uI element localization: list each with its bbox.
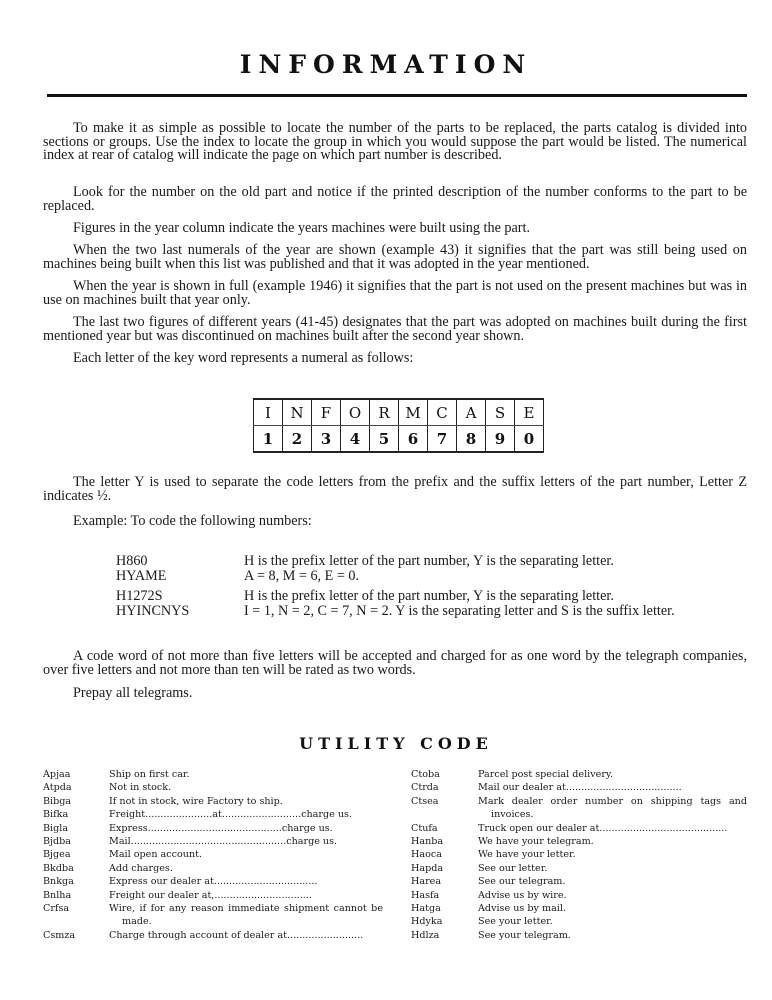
key-letters-row: I N F O R M C A S E (254, 399, 544, 426)
code-meaning: See our telegram. (478, 875, 747, 888)
key-digit: 7 (428, 426, 457, 453)
code-meaning: If not in stock, wire Factory to ship. (109, 795, 383, 808)
code-entry: HaocaWe have your letter. (411, 848, 747, 861)
code-entry: BnlhaFreight our dealer at,.............… (43, 889, 383, 902)
utility-code-right-column: CtobaParcel post special delivery. Ctrda… (411, 768, 747, 942)
code-word: Atpda (43, 781, 109, 794)
example-row: H1272S H is the prefix letter of the par… (116, 589, 675, 604)
code-word: Bigla (43, 822, 109, 835)
code-word: Ctoba (411, 768, 478, 781)
key-letter: C (428, 399, 457, 426)
code-meaning: Mail our dealer at......................… (478, 781, 747, 794)
code-entry: HatgaAdvise us by mail. (411, 902, 747, 915)
example-row: HYINCNYS I = 1, N = 2, C = 7, N = 2. Y i… (116, 604, 675, 619)
code-meaning: Charge through account of dealer at.....… (109, 929, 383, 942)
code-entry: CsmzaCharge through account of dealer at… (43, 929, 383, 942)
code-entry: HanbaWe have your telegram. (411, 835, 747, 848)
utility-code-left-column: ApjaaShip on first car. AtpdaNot in stoc… (43, 768, 383, 942)
code-entry: HdlzaSee your telegram. (411, 929, 747, 942)
code-entry: BjgeaMail open account. (43, 848, 383, 861)
paragraph-old-part: Look for the number on the old part and … (43, 186, 747, 213)
code-meaning: We have your letter. (478, 848, 747, 861)
key-digits-row: 1 2 3 4 5 6 7 8 9 0 (254, 426, 544, 453)
paragraph-text: When the year is shown in full (example … (43, 280, 747, 307)
paragraph-two-numerals: When the two last numerals of the year a… (43, 244, 747, 271)
paragraph-prepay: Prepay all telegrams. (43, 687, 747, 701)
code-word: Hatga (411, 902, 478, 915)
key-digit: 6 (399, 426, 428, 453)
code-meaning: See your telegram. (478, 929, 747, 942)
example-group: H860 H is the prefix letter of the part … (116, 554, 675, 583)
code-meaning: See our letter. (478, 862, 747, 875)
code-word: Hdlza (411, 929, 478, 942)
key-digit: 8 (457, 426, 486, 453)
example-code: H1272S (116, 589, 244, 604)
example-group: H1272S H is the prefix letter of the par… (116, 589, 675, 618)
code-entry: HareaSee our telegram. (411, 875, 747, 888)
code-meaning: Mark dealer order number on shipping tag… (478, 795, 747, 822)
code-meaning: See your letter. (478, 915, 747, 928)
key-digit: 2 (283, 426, 312, 453)
key-letter: O (341, 399, 370, 426)
key-digit: 0 (515, 426, 544, 453)
code-entry: BnkgaExpress our dealer at..............… (43, 875, 383, 888)
code-entry: AtpdaNot in stock. (43, 781, 383, 794)
example-code: HYINCNYS (116, 604, 244, 619)
code-meaning: Freight our dealer at,..................… (109, 889, 383, 902)
key-word-table: I N F O R M C A S E 1 2 3 4 5 6 7 8 9 0 (253, 398, 544, 453)
code-meaning: Mail....................................… (109, 835, 383, 848)
key-digit: 1 (254, 426, 283, 453)
code-meaning: Freight......................at.........… (109, 808, 383, 821)
paragraph-text: Figures in the year column indicate the … (43, 222, 747, 236)
code-word: Apjaa (43, 768, 109, 781)
code-entry: CtseaMark dealer order number on shippin… (411, 795, 747, 822)
paragraph-year-range: The last two figures of different years … (43, 316, 747, 343)
code-entry: CtufaTruck open our dealer at...........… (411, 822, 747, 835)
code-word: Bibga (43, 795, 109, 808)
code-word: Hapda (411, 862, 478, 875)
code-meaning: Truck open our dealer at................… (478, 822, 747, 835)
code-word: Bkdba (43, 862, 109, 875)
code-meaning: Express our dealer at...................… (109, 875, 383, 888)
key-letter: N (283, 399, 312, 426)
paragraph-text: A code word of not more than five letter… (43, 650, 747, 677)
code-word: Ctsea (411, 795, 478, 808)
code-meaning: Advise us by mail. (478, 902, 747, 915)
code-entry: HapdaSee our letter. (411, 862, 747, 875)
key-letter: F (312, 399, 341, 426)
paragraph-text: Look for the number on the old part and … (43, 186, 747, 213)
code-word: Harea (411, 875, 478, 888)
paragraph-text: Prepay all telegrams. (43, 687, 747, 701)
code-word: Csmza (43, 929, 109, 942)
code-meaning: Not in stock. (109, 781, 383, 794)
code-word: Ctrda (411, 781, 478, 794)
code-meaning: We have your telegram. (478, 835, 747, 848)
code-meaning: Wire, if for any reason immediate shipme… (109, 902, 383, 929)
code-entry: BkdbaAdd charges. (43, 862, 383, 875)
code-meaning: Add charges. (109, 862, 383, 875)
example-text: H is the prefix letter of the part numbe… (244, 589, 614, 604)
code-entry: CtrdaMail our dealer at.................… (411, 781, 747, 794)
code-meaning: Parcel post special delivery. (478, 768, 747, 781)
paragraph-text: Example: To code the following numbers: (43, 515, 747, 529)
paragraph-text: To make it as simple as possible to loca… (43, 122, 747, 163)
code-entry: HdykaSee your letter. (411, 915, 747, 928)
example-code: H860 (116, 554, 244, 569)
code-meaning: Mail open account. (109, 848, 383, 861)
code-examples: H860 H is the prefix letter of the part … (116, 554, 675, 624)
code-meaning: Advise us by wire. (478, 889, 747, 902)
paragraph-text: The last two figures of different years … (43, 316, 747, 343)
code-entry: BibgaIf not in stock, wire Factory to sh… (43, 795, 383, 808)
key-letter: A (457, 399, 486, 426)
code-word: Bjdba (43, 835, 109, 848)
key-letter: R (370, 399, 399, 426)
code-entry: BifkaFreight......................at....… (43, 808, 383, 821)
example-text: H is the prefix letter of the part numbe… (244, 554, 614, 569)
code-word: Bnlha (43, 889, 109, 902)
code-entry: CtobaParcel post special delivery. (411, 768, 747, 781)
code-word: Bifka (43, 808, 109, 821)
example-row: H860 H is the prefix letter of the part … (116, 554, 675, 569)
code-word: Bjgea (43, 848, 109, 861)
code-word: Hdyka (411, 915, 478, 928)
key-letter: E (515, 399, 544, 426)
paragraph-full-year: When the year is shown in full (example … (43, 280, 747, 307)
paragraph-key-word: Each letter of the key word represents a… (43, 352, 747, 366)
code-word: Crfsa (43, 902, 109, 915)
code-entry: HasfaAdvise us by wire. (411, 889, 747, 902)
paragraph-separator-letter: The letter Y is used to separate the cod… (43, 476, 747, 503)
code-entry: ApjaaShip on first car. (43, 768, 383, 781)
example-row: HYAME A = 8, M = 6, E = 0. (116, 569, 675, 584)
code-meaning: Ship on first car. (109, 768, 383, 781)
paragraph-text: Each letter of the key word represents a… (43, 352, 747, 366)
code-meaning: Express.................................… (109, 822, 383, 835)
key-letter: I (254, 399, 283, 426)
example-text: A = 8, M = 6, E = 0. (244, 569, 359, 584)
code-word: Hanba (411, 835, 478, 848)
code-word: Hasfa (411, 889, 478, 902)
example-text: I = 1, N = 2, C = 7, N = 2. Y is the sep… (244, 604, 675, 619)
paragraph-example-intro: Example: To code the following numbers: (43, 515, 747, 529)
utility-code-title: UTILITY CODE (0, 734, 772, 754)
key-digit: 4 (341, 426, 370, 453)
paragraph-text: The letter Y is used to separate the cod… (43, 476, 747, 503)
page-title: INFORMATION (0, 50, 772, 80)
code-word: Haoca (411, 848, 478, 861)
title-rule (47, 94, 747, 97)
paragraph-intro: To make it as simple as possible to loca… (43, 122, 747, 163)
key-letter: M (399, 399, 428, 426)
key-digit: 9 (486, 426, 515, 453)
paragraph-year-column: Figures in the year column indicate the … (43, 222, 747, 236)
code-word: Bnkga (43, 875, 109, 888)
code-entry: BjdbaMail...............................… (43, 835, 383, 848)
code-entry: BiglaExpress............................… (43, 822, 383, 835)
code-word: Ctufa (411, 822, 478, 835)
code-entry: CrfsaWire, if for any reason immediate s… (43, 902, 383, 929)
paragraph-text: When the two last numerals of the year a… (43, 244, 747, 271)
key-letter: S (486, 399, 515, 426)
paragraph-code-word-length: A code word of not more than five letter… (43, 650, 747, 677)
example-code: HYAME (116, 569, 244, 584)
key-digit: 3 (312, 426, 341, 453)
key-digit: 5 (370, 426, 399, 453)
